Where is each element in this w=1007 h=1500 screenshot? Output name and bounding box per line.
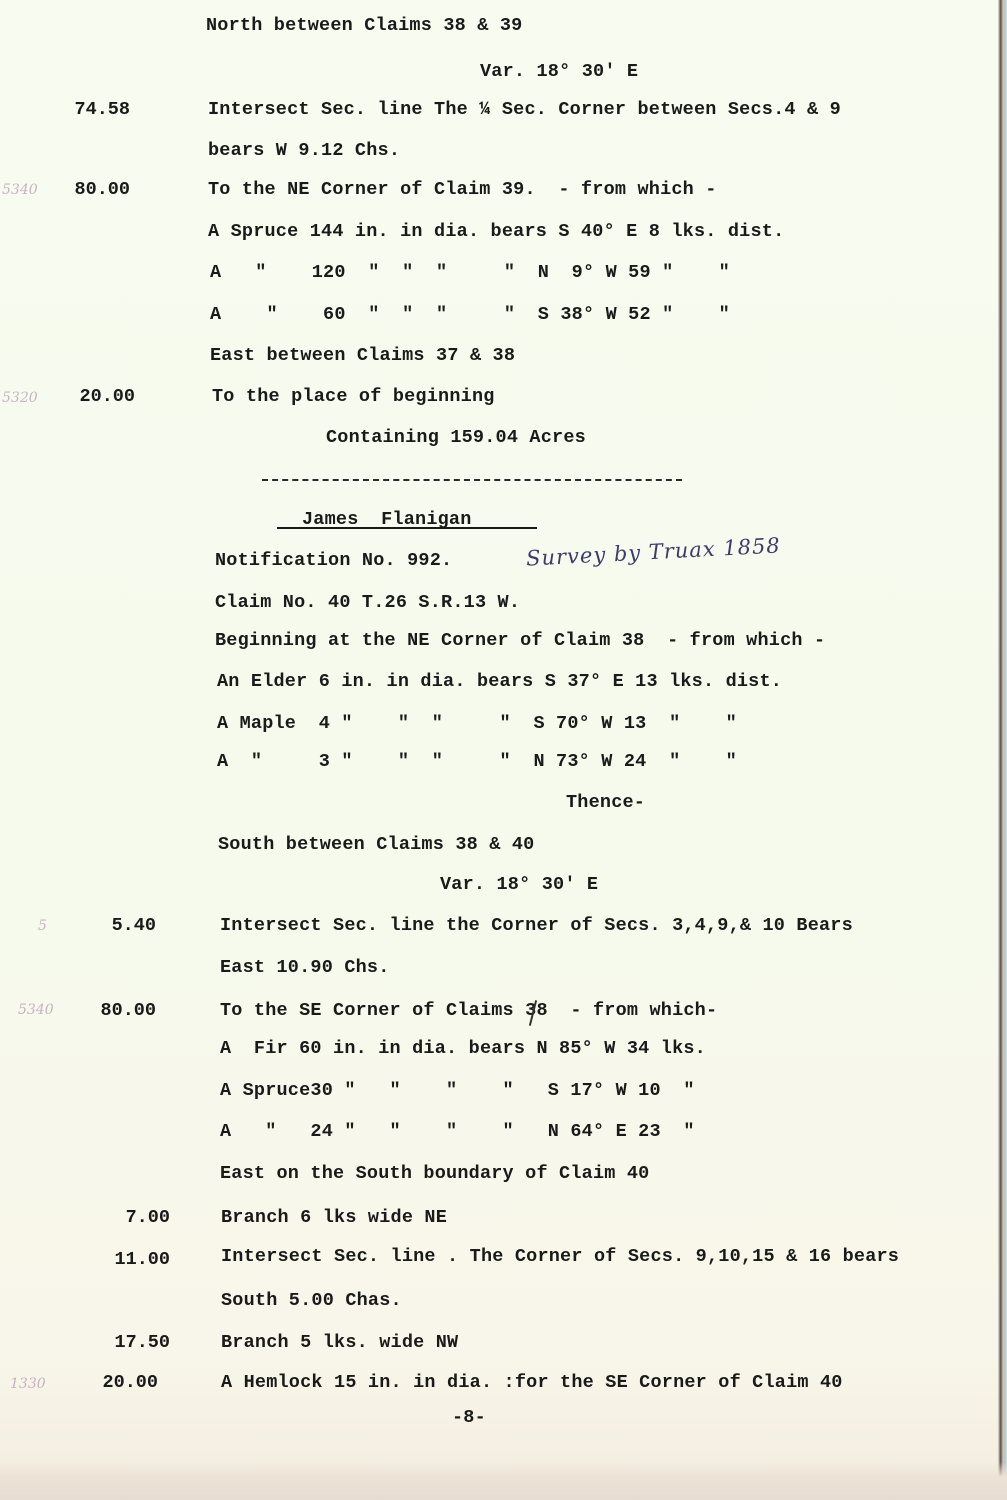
- distance-value: 11.00: [80, 1249, 170, 1271]
- note-line: South 5.00 Chas.: [221, 1290, 402, 1312]
- distance-value: 20.00: [45, 386, 135, 408]
- note-line: Intersect Sec. line The ¼ Sec. Corner be…: [208, 99, 841, 121]
- page-edge: [998, 0, 1007, 1500]
- page-bottom-edge: [0, 1462, 1007, 1500]
- margin-note: 5320: [2, 390, 38, 406]
- note-line: Beginning at the NE Corner of Claim 38 -…: [215, 630, 825, 652]
- variation-line: Var. 18° 30' E: [480, 61, 638, 83]
- course-heading: South between Claims 38 & 40: [218, 834, 534, 856]
- note-line: East 10.90 Chs.: [220, 957, 390, 979]
- witness-tree-line: A Maple 4 " " " " S 70° W 13 " ": [217, 713, 737, 735]
- note-line: A Hemlock 15 in. in dia. :for the SE Cor…: [221, 1372, 843, 1394]
- distance-value: 5.40: [66, 915, 156, 937]
- note-line: Intersect Sec. line the Corner of Secs. …: [220, 915, 853, 937]
- distance-value: 80.00: [40, 179, 130, 201]
- thence-label: Thence-: [566, 792, 645, 814]
- witness-tree-line: A Spruce30 " " " " S 17° W 10 ": [220, 1080, 695, 1102]
- margin-note: 5: [38, 918, 47, 934]
- course-heading: East between Claims 37 & 38: [210, 345, 515, 367]
- distance-value: 7.00: [80, 1207, 170, 1229]
- witness-tree-line: A Spruce 144 in. in dia. bears S 40° E 8…: [208, 221, 784, 243]
- witness-tree-line: A Fir 60 in. in dia. bears N 85° W 34 lk…: [220, 1038, 706, 1060]
- course-heading: North between Claims 38 & 39: [206, 15, 522, 37]
- witness-tree-line: A " 120 " " " " N 9° W 59 " ": [210, 262, 730, 284]
- note-line: Branch 5 lks. wide NW: [221, 1332, 458, 1354]
- document-page: North between Claims 38 & 39 Var. 18° 30…: [0, 0, 1000, 1500]
- margin-note: 5340: [2, 182, 38, 198]
- note-line: To the place of beginning: [212, 386, 495, 408]
- note-line: To the NE Corner of Claim 39. - from whi…: [208, 179, 717, 201]
- distance-value: 20.00: [68, 1372, 158, 1394]
- note-line: Branch 6 lks wide NE: [221, 1207, 447, 1229]
- note-line: Intersect Sec. line . The Corner of Secs…: [221, 1246, 899, 1268]
- margin-note: 5340: [18, 1002, 54, 1018]
- note-line: To the SE Corner of Claims 38 - from whi…: [220, 1000, 717, 1022]
- page-number: -8-: [452, 1407, 486, 1429]
- witness-tree-line: A " 24 " " " " N 64° E 23 ": [220, 1121, 695, 1143]
- witness-tree-line: An Elder 6 in. in dia. bears S 37° E 13 …: [217, 671, 782, 693]
- acreage-total: Containing 159.04 Acres: [326, 427, 586, 449]
- distance-value: 17.50: [80, 1332, 170, 1354]
- course-heading: East on the South boundary of Claim 40: [220, 1163, 649, 1185]
- note-line: bears W 9.12 Chs.: [208, 140, 400, 162]
- claim-number: Claim No. 40 T.26 S.R.13 W.: [215, 592, 520, 614]
- name-underline: [277, 527, 537, 529]
- witness-tree-line: A " 60 " " " " S 38° W 52 " ": [210, 304, 730, 326]
- margin-note: 1330: [10, 1376, 46, 1392]
- handwritten-note: Survey by Truax 1858: [526, 533, 782, 570]
- section-divider: [262, 479, 682, 481]
- distance-value: 74.58: [40, 99, 130, 121]
- notification-number: Notification No. 992.: [215, 550, 452, 572]
- witness-tree-line: A " 3 " " " " N 73° W 24 " ": [217, 751, 737, 773]
- distance-value: 80.00: [66, 1000, 156, 1022]
- variation-line: Var. 18° 30' E: [440, 874, 598, 896]
